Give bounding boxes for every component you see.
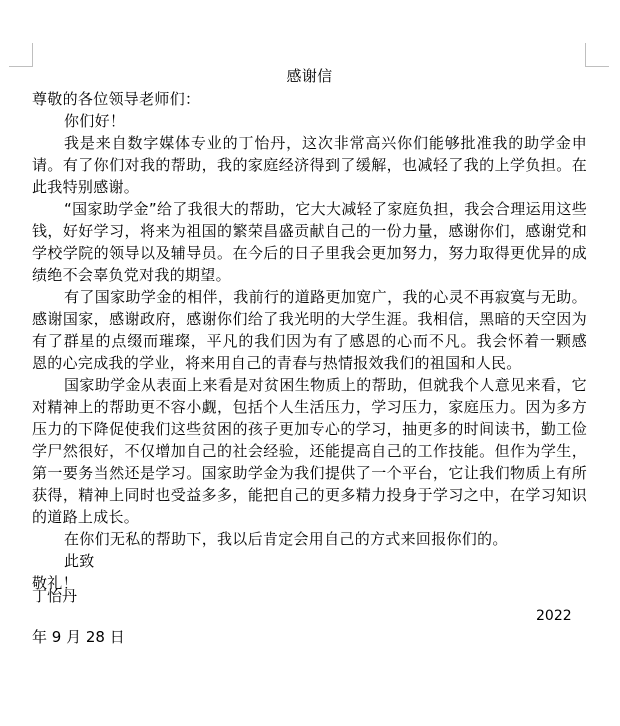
letter-closing-ci-zhi: 此致 <box>32 550 587 572</box>
letter-date-month-day: 年 9 月 28 日 <box>32 626 125 648</box>
letter-salutation: 尊敬的各位领导老师们： <box>32 88 587 110</box>
letter-paragraph-2: “国家助学金”给了我很大的帮助，它大大减轻了家庭负担，我会合理运用这些钱，好好学… <box>32 198 587 286</box>
letter-date-year: 2022 <box>536 606 572 626</box>
letter-paragraph-5: 在你们无私的帮助下，我以后肯定会用自己的方式来回报你们的。 <box>32 528 587 550</box>
letter-paragraph-4: 国家助学金从表面上来看是对贫困生物质上的帮助，但就我个人意见来看，它对精神上的帮… <box>32 374 587 528</box>
page-corner-mark-top-left-horizontal <box>9 66 33 67</box>
letter-closing-jing-li: 敬礼！ <box>32 572 587 594</box>
letter-title: 感谢信 <box>32 64 587 88</box>
letter-signature: 丁怡丹 <box>32 585 77 607</box>
letter-paragraph-3: 有了国家助学金的相伴，我前行的道路更加宽广，我的心灵不再寂寞与无助。感谢国家，感… <box>32 286 587 374</box>
letter-paragraph-1: 我是来自数字媒体专业的丁怡丹，这次非常高兴你们能够批准我的助学金申请。有了你们对… <box>32 132 587 198</box>
page-corner-mark-top-right-horizontal <box>585 66 609 67</box>
letter-greeting: 你们好！ <box>32 110 587 132</box>
document-page[interactable]: 感谢信 尊敬的各位领导老师们： 你们好！ 我是来自数字媒体专业的丁怡丹，这次非常… <box>32 64 587 594</box>
